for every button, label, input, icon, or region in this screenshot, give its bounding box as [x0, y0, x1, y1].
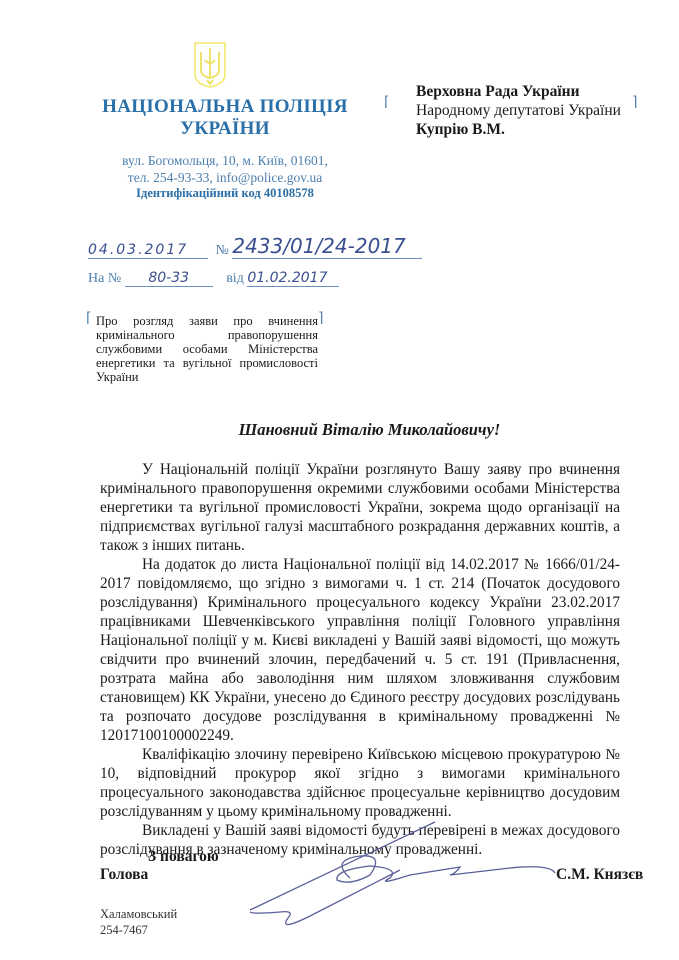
reply-to-number: 80-33 [125, 270, 213, 287]
executor-name: Халамовський [100, 906, 177, 922]
outgoing-registration: 04.03.2017 № 2433/01/24-2017 [88, 234, 422, 258]
subject-bracket-left-icon: ⌈ [86, 310, 91, 326]
letter-body: У Національній поліції України розглянут… [100, 460, 620, 859]
letter-subject: Про розгляд заяви про вчинення криміналь… [96, 314, 318, 384]
body-paragraph: У Національній поліції України розглянут… [100, 460, 620, 555]
handwritten-signature-icon [250, 820, 570, 940]
outgoing-date: 04.03.2017 [88, 242, 208, 259]
trident-emblem-icon [192, 40, 228, 88]
bracket-right-icon: ⌉ [632, 94, 637, 110]
body-paragraph: На додаток до листа Національної поліції… [100, 555, 620, 745]
number-label: № [216, 243, 229, 258]
organization-name: НАЦІОНАЛЬНА ПОЛІЦІЯ УКРАЇНИ [80, 96, 370, 140]
outgoing-number: 2433/01/24-2017 [232, 234, 422, 259]
address-line1: вул. Богомольця, 10, м. Київ, 01601, [80, 152, 370, 169]
closing: З повагою [148, 848, 219, 866]
org-name-line2: УКРАЇНИ [80, 118, 370, 140]
reply-to-label: На № [88, 271, 121, 286]
executor-phone: 254-7467 [100, 922, 177, 938]
body-paragraph: Кваліфікацію злочину перевірено Київсько… [100, 745, 620, 821]
reply-to-date: 01.02.2017 [247, 270, 339, 287]
organization-address: вул. Богомольця, 10, м. Київ, 01601, тел… [80, 152, 370, 186]
subject-bracket-right-icon: ⌉ [318, 310, 323, 326]
from-label: від [226, 271, 244, 286]
signer-position: Голова [100, 866, 148, 884]
org-name-line1: НАЦІОНАЛЬНА ПОЛІЦІЯ [80, 96, 370, 118]
recipient-role: Народному депутатові України [416, 101, 621, 120]
address-line2: тел. 254-93-33, info@police.gov.ua [80, 169, 370, 186]
signer-name: С.М. Князєв [556, 866, 643, 884]
identification-code: Ідентифікаційний код 40108578 [80, 186, 370, 201]
recipient-name: Купрію В.М. [416, 120, 621, 139]
salutation: Шановний Віталію Миколайовичу! [0, 420, 679, 440]
bracket-left-icon: ⌈ [384, 94, 389, 110]
reply-to-registration: На № 80-33 від 01.02.2017 [88, 270, 339, 292]
executor-block: Халамовський 254-7467 [100, 906, 177, 938]
recipient-block: Верховна Рада України Народному депутато… [416, 82, 621, 139]
recipient-institution: Верховна Рада України [416, 82, 621, 101]
